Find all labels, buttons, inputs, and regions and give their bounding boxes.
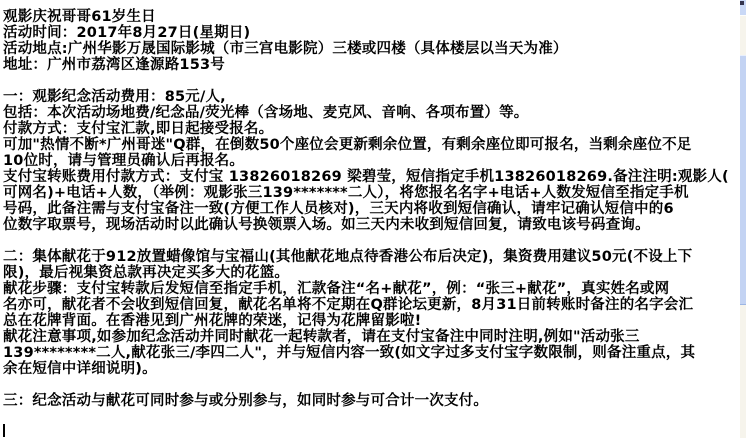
text-line: 活动地点:广州华影万晟国际影城（市三宫电影院）三楼或四楼（具体楼层以当天为准） xyxy=(3,41,740,57)
text-line: 二：集体献花于912放置蜡像馆与宝福山(其他献花地点待香港公布后决定)，集资费用… xyxy=(3,249,740,265)
chevron-up-icon xyxy=(740,1,744,5)
text-line: 号码，此备注需与支付宝备注一致(方便工作人员核对)，三天内将收到短信确认，请牢记… xyxy=(3,201,740,217)
text-line: 可网名)+电话+人数，（举例：观影张三139*******二人），将您报名名字+… xyxy=(3,185,740,201)
scroll-up-button[interactable] xyxy=(740,0,746,16)
text-line: 付款方式：支付宝汇款,即日起接受报名。 xyxy=(3,121,740,137)
scrollbar-thumb[interactable] xyxy=(740,55,746,305)
text-cursor xyxy=(3,424,5,437)
text-line: 可加"热情不断*广州哥迷"Q群，在倒数50个座位会更新剩余位置，有剩余座位即可报… xyxy=(3,137,740,153)
text-line xyxy=(3,73,740,89)
text-line: 一：观影纪念活动费用：85元/人, xyxy=(3,89,740,105)
text-line: 三：纪念活动与献花可同时参与或分别参与，如同时参与可合计一次支付。 xyxy=(3,393,740,409)
text-line: 活动时间：2017年8月27日(星期日) xyxy=(3,25,740,41)
text-line: 10位时，请与管理员确认后再报名。 xyxy=(3,153,740,169)
text-line: 地址：广州市荔湾区逢源路153号 xyxy=(3,57,740,73)
text-line: 观影庆祝哥哥61岁生日 xyxy=(3,9,740,25)
text-line xyxy=(3,409,740,425)
vertical-scrollbar[interactable] xyxy=(740,0,746,438)
text-line: 支付宝转账费用付款方式：支付宝 13826018269 梁碧莹，短信指定手机13… xyxy=(3,169,740,185)
text-line: 139********二人,献花张三/李四二人"，并与短信内容一致(如文字过多支… xyxy=(3,345,740,361)
text-line xyxy=(3,377,740,393)
text-line: 献花步骤：支付宝转款后发短信至指定手机，汇款备注“名+献花”，例：“张三+献花”… xyxy=(3,281,740,297)
text-editor-area[interactable]: 观影庆祝哥哥61岁生日活动时间：2017年8月27日(星期日)活动地点:广州华影… xyxy=(0,0,740,438)
document-page: 观影庆祝哥哥61岁生日活动时间：2017年8月27日(星期日)活动地点:广州华影… xyxy=(0,0,746,438)
text-line: 限)，最后视集资总款再决定买多大的花篮。 xyxy=(3,265,740,281)
text-line: 献花注意事项,如参加纪念活动并同时献花一起转款者，请在支付宝备注中同时注明,例如… xyxy=(3,329,740,345)
text-line: 总在花牌背面。在香港见到广州花牌的荣迷，记得为花牌留影啦! xyxy=(3,313,740,329)
text-line: 余在短信中详细说明)。 xyxy=(3,361,740,377)
text-line xyxy=(3,233,740,249)
text-line: 位数字取票号，现场活动时以此确认号换领票入场。如三天内未收到短信回复，请致电该号… xyxy=(3,217,740,233)
text-line: 包括：本次活动场地费/纪念品/荧光棒（含场地、麦克风、音响、各项布置）等。 xyxy=(3,105,740,121)
text-line: 名亦可，献花者不会收到短信回复，献花名单将不定期在Q群论坛更新，8月31日前转账… xyxy=(3,297,740,313)
